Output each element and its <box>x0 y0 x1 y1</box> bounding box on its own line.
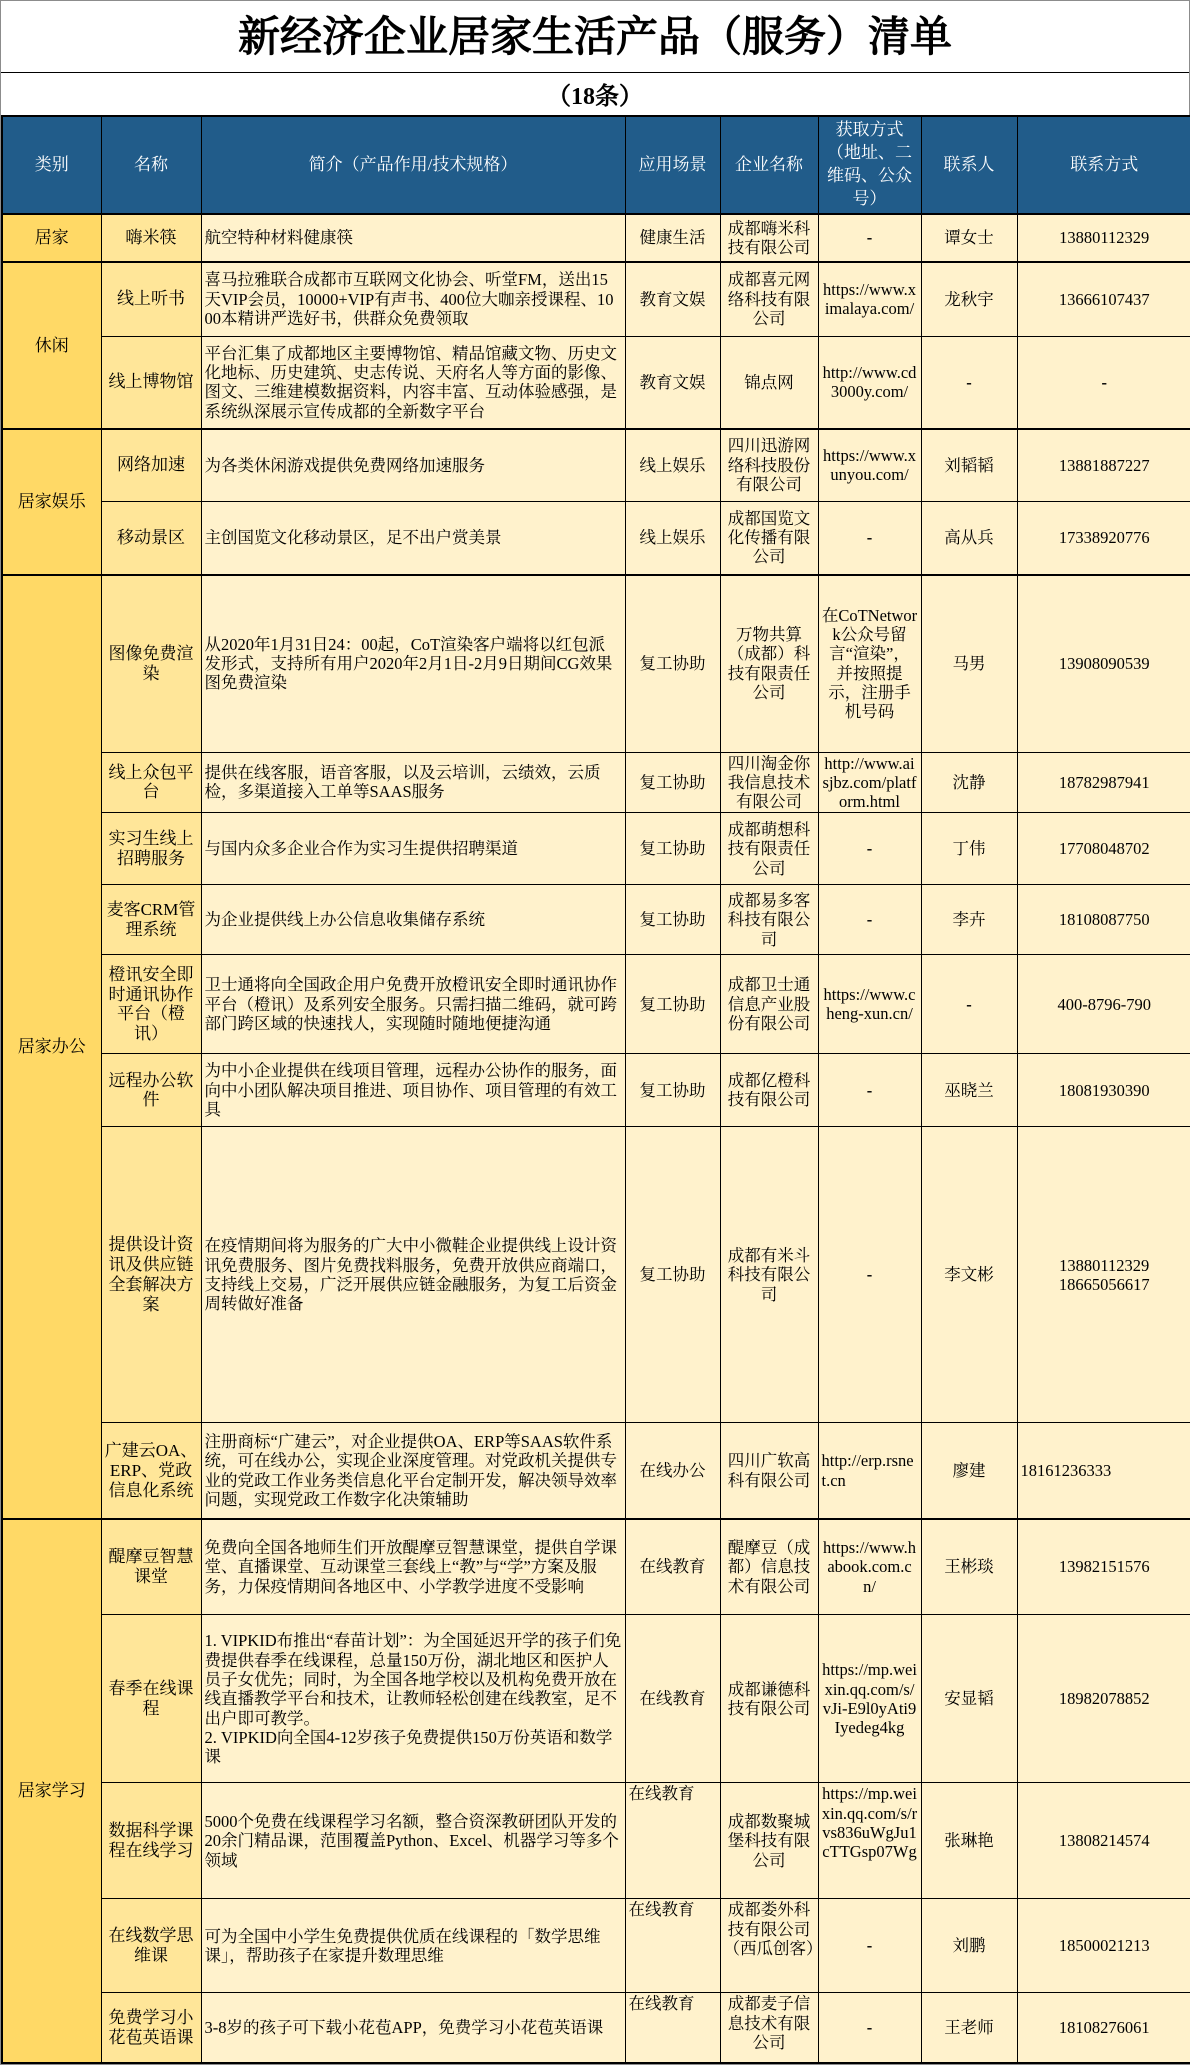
product-name-cell: 橙讯安全即时通讯协作平台（橙讯） <box>101 955 201 1054</box>
phone-cell: 13908090539 <box>1017 575 1190 752</box>
table-header: 类别 名称 简介（产品作用/技术规格） 应用场景 企业名称 获取方式（地址、二维… <box>2 116 1190 214</box>
obtain-method-cell: https://mp.weixin.qq.com/s/rvs836uWgJu1c… <box>818 1783 921 1899</box>
table-row: 休闲线上听书喜马拉雅联合成都市互联网文化协会、听堂FM，送出15天VIP会员，1… <box>2 262 1190 336</box>
contact-person-cell: 刘韬韬 <box>921 429 1017 501</box>
phone-cell: 400-8796-790 <box>1017 955 1190 1054</box>
company-cell: 四川迅游网络科技股份有限公司 <box>720 429 818 501</box>
phone-cell: 13880112329 18665056617 <box>1017 1127 1190 1423</box>
obtain-method-cell: - <box>818 1899 921 1993</box>
scene-cell: 教育文娱 <box>625 262 720 336</box>
contact-person-cell: 刘鹏 <box>921 1899 1017 1993</box>
description-cell: 平台汇集了成都地区主要博物馆、精品馆藏文物、历史文化地标、历史建筑、史志传说、天… <box>201 336 625 429</box>
obtain-method-cell: https://www.xunyou.com/ <box>818 429 921 501</box>
obtain-method-cell: http://erp.rsnet.cn <box>818 1423 921 1519</box>
contact-person-cell: 王老师 <box>921 1993 1017 2063</box>
company-cell: 成都娄外科技有限公司（西瓜创客） <box>720 1899 818 1993</box>
description-cell: 在疫情期间将为服务的广大中小微鞋企业提供线上设计资讯免费服务、图片免费找料服务，… <box>201 1127 625 1423</box>
description-cell: 5000个免费在线课程学习名额，整合资深教研团队开发的20余门精品课，范围覆盖P… <box>201 1783 625 1899</box>
products-table: 类别 名称 简介（产品作用/技术规格） 应用场景 企业名称 获取方式（地址、二维… <box>1 115 1190 2064</box>
description-cell: 为中小企业提供在线项目管理，远程办公协作的服务，面向中小团队解决项目推进、项目协… <box>201 1054 625 1127</box>
company-cell: 成都有米斗科技有限公司 <box>720 1127 818 1423</box>
contact-person-cell: 廖建 <box>921 1423 1017 1519</box>
obtain-method-cell: - <box>818 1127 921 1423</box>
table-row: 免费学习小花苞英语课3-8岁的孩子可下载小花苞APP，免费学习小花苞英语课在线教… <box>2 1993 1190 2063</box>
obtain-method-cell: 在CoTNetwork公众号留言“渲染”，并按照提示，注册手机号码 <box>818 575 921 752</box>
scene-cell: 复工协助 <box>625 885 720 955</box>
description-cell: 主创国览文化移动景区，足不出户赏美景 <box>201 501 625 575</box>
company-cell: 成都易多客科技有限公司 <box>720 885 818 955</box>
column-header-description: 简介（产品作用/技术规格） <box>201 116 625 214</box>
product-name-cell: 线上众包平台 <box>101 752 201 813</box>
company-cell: 成都喜元网络科技有限公司 <box>720 262 818 336</box>
contact-person-cell: 沈静 <box>921 752 1017 813</box>
column-header-obtain: 获取方式（地址、二维码、公众号） <box>818 116 921 214</box>
scene-cell: 复工协助 <box>625 955 720 1054</box>
product-name-cell: 线上博物馆 <box>101 336 201 429</box>
scene-cell: 在线办公 <box>625 1423 720 1519</box>
obtain-method-cell: https://www.ximalaya.com/ <box>818 262 921 336</box>
phone-cell: 13881887227 <box>1017 429 1190 501</box>
contact-person-cell: 谭女士 <box>921 214 1017 262</box>
category-cell: 休闲 <box>2 262 101 429</box>
scene-cell: 在线教育 <box>625 1899 720 1993</box>
scene-cell: 复工协助 <box>625 1127 720 1423</box>
company-cell: 成都谦德科技有限公司 <box>720 1615 818 1783</box>
header-row: 类别 名称 简介（产品作用/技术规格） 应用场景 企业名称 获取方式（地址、二维… <box>2 116 1190 214</box>
company-cell: 成都数聚城堡科技有限公司 <box>720 1783 818 1899</box>
obtain-method-cell: - <box>818 813 921 885</box>
product-name-cell: 图像免费渲染 <box>101 575 201 752</box>
product-name-cell: 远程办公软件 <box>101 1054 201 1127</box>
company-cell: 四川淘金你我信息技术有限公司 <box>720 752 818 813</box>
category-cell: 居家 <box>2 214 101 262</box>
company-cell: 成都国览文化传播有限公司 <box>720 501 818 575</box>
table-row: 居家学习醍摩豆智慧课堂免费向全国各地师生们开放醍摩豆智慧课堂，提供自学课堂、直播… <box>2 1519 1190 1615</box>
phone-cell: 13982151576 <box>1017 1519 1190 1615</box>
table-row: 麦客CRM管理系统为企业提供线上办公信息收集储存系统复工协助成都易多客科技有限公… <box>2 885 1190 955</box>
company-cell: 成都麦子信息技术有限公司 <box>720 1993 818 2063</box>
table-row: 数据科学课程在线学习5000个免费在线课程学习名额，整合资深教研团队开发的20余… <box>2 1783 1190 1899</box>
obtain-method-cell: https://www.habook.com.cn/ <box>818 1519 921 1615</box>
table-row: 远程办公软件为中小企业提供在线项目管理，远程办公协作的服务，面向中小团队解决项目… <box>2 1054 1190 1127</box>
page-title: 新经济企业居家生活产品（服务）清单 <box>1 1 1189 73</box>
contact-person-cell: 巫晓兰 <box>921 1054 1017 1127</box>
contact-person-cell: 李文彬 <box>921 1127 1017 1423</box>
scene-cell: 复工协助 <box>625 1054 720 1127</box>
description-cell: 可为全国中小学生免费提供优质在线课程的「数学思维课」，帮助孩子在家提升数理思维 <box>201 1899 625 1993</box>
product-name-cell: 线上听书 <box>101 262 201 336</box>
description-cell: 1. VIPKID布推出“春苗计划”：为全国延迟开学的孩子们免费提供春季在线课程… <box>201 1615 625 1783</box>
table-row: 广建云OA、ERP、党政信息化系统注册商标“广建云”，对企业提供OA、ERP等S… <box>2 1423 1190 1519</box>
phone-cell: 18081930390 <box>1017 1054 1190 1127</box>
company-cell: 成都亿橙科技有限公司 <box>720 1054 818 1127</box>
product-name-cell: 麦客CRM管理系统 <box>101 885 201 955</box>
obtain-method-cell: https://www.cheng-xun.cn/ <box>818 955 921 1054</box>
phone-cell: 17338920776 <box>1017 501 1190 575</box>
category-cell: 居家娱乐 <box>2 429 101 575</box>
table-row: 实习生线上招聘服务与国内众多企业合作为实习生提供招聘渠道复工协助成都萌想科技有限… <box>2 813 1190 885</box>
contact-person-cell: 张琳艳 <box>921 1783 1017 1899</box>
column-header-company: 企业名称 <box>720 116 818 214</box>
contact-person-cell: 马男 <box>921 575 1017 752</box>
description-cell: 卫士通将向全国政企用户免费开放橙讯安全即时通讯协作平台（橙讯）及系列安全服务。只… <box>201 955 625 1054</box>
product-name-cell: 在线数学思维课 <box>101 1899 201 1993</box>
product-name-cell: 数据科学课程在线学习 <box>101 1783 201 1899</box>
page-subtitle: （18条） <box>1 73 1189 115</box>
table-body: 居家嗨米筷航空特种材料健康筷健康生活成都嗨米科技有限公司-谭女士13880112… <box>2 214 1190 2063</box>
scene-cell: 在线教育 <box>625 1993 720 2063</box>
company-cell: 成都卫士通信息产业股份有限公司 <box>720 955 818 1054</box>
contact-person-cell: 高从兵 <box>921 501 1017 575</box>
obtain-method-cell: - <box>818 1054 921 1127</box>
scene-cell: 线上娱乐 <box>625 501 720 575</box>
phone-cell: 13880112329 <box>1017 214 1190 262</box>
phone-cell: 18108087750 <box>1017 885 1190 955</box>
description-cell: 注册商标“广建云”，对企业提供OA、ERP等SAAS软件系统，可在线办公，实现企… <box>201 1423 625 1519</box>
scene-cell: 在线教育 <box>625 1783 720 1899</box>
product-name-cell: 免费学习小花苞英语课 <box>101 1993 201 2063</box>
contact-person-cell: - <box>921 955 1017 1054</box>
product-name-cell: 提供设计资讯及供应链全套解决方案 <box>101 1127 201 1423</box>
scene-cell: 线上娱乐 <box>625 429 720 501</box>
company-cell: 锦点网 <box>720 336 818 429</box>
scene-cell: 教育文娱 <box>625 336 720 429</box>
description-cell: 免费向全国各地师生们开放醍摩豆智慧课堂，提供自学课堂、直播课堂、互动课堂三套线上… <box>201 1519 625 1615</box>
contact-person-cell: 丁伟 <box>921 813 1017 885</box>
table-row: 春季在线课程1. VIPKID布推出“春苗计划”：为全国延迟开学的孩子们免费提供… <box>2 1615 1190 1783</box>
category-cell: 居家学习 <box>2 1519 101 2063</box>
description-cell: 喜马拉雅联合成都市互联网文化协会、听堂FM，送出15天VIP会员，10000+V… <box>201 262 625 336</box>
column-header-scene: 应用场景 <box>625 116 720 214</box>
table-row: 线上博物馆平台汇集了成都地区主要博物馆、精品馆藏文物、历史文化地标、历史建筑、史… <box>2 336 1190 429</box>
description-cell: 提供在线客服，语音客服，以及云培训，云绩效，云质检，多渠道接入工单等SAAS服务 <box>201 752 625 813</box>
phone-cell: 18161236333 <box>1017 1423 1190 1519</box>
obtain-method-cell: - <box>818 214 921 262</box>
table-row: 线上众包平台提供在线客服，语音客服，以及云培训，云绩效，云质检，多渠道接入工单等… <box>2 752 1190 813</box>
contact-person-cell: 安显韬 <box>921 1615 1017 1783</box>
product-name-cell: 网络加速 <box>101 429 201 501</box>
contact-person-cell: 李卉 <box>921 885 1017 955</box>
column-header-name: 名称 <box>101 116 201 214</box>
phone-cell: 18108276061 <box>1017 1993 1190 2063</box>
description-cell: 为各类休闲游戏提供免费网络加速服务 <box>201 429 625 501</box>
table-row: 居家娱乐网络加速为各类休闲游戏提供免费网络加速服务线上娱乐四川迅游网络科技股份有… <box>2 429 1190 501</box>
table-row: 居家办公图像免费渲染从2020年1月31日24：00起，CoT渲染客户端将以红包… <box>2 575 1190 752</box>
document-page: 新经济企业居家生活产品（服务）清单 （18条） 类别 名称 简介（产品作用/技术… <box>0 0 1190 2065</box>
company-cell: 四川广软高科有限公司 <box>720 1423 818 1519</box>
phone-cell: 13808214574 <box>1017 1783 1190 1899</box>
phone-cell: 18500021213 <box>1017 1899 1190 1993</box>
product-name-cell: 实习生线上招聘服务 <box>101 813 201 885</box>
description-cell: 3-8岁的孩子可下载小花苞APP，免费学习小花苞英语课 <box>201 1993 625 2063</box>
column-header-contact: 联系人 <box>921 116 1017 214</box>
column-header-phone: 联系方式 <box>1017 116 1190 214</box>
description-cell: 从2020年1月31日24：00起，CoT渲染客户端将以红包派发形式，支持所有用… <box>201 575 625 752</box>
phone-cell: 18982078852 <box>1017 1615 1190 1783</box>
company-cell: 醍摩豆（成都）信息技术有限公司 <box>720 1519 818 1615</box>
table-row: 提供设计资讯及供应链全套解决方案在疫情期间将为服务的广大中小微鞋企业提供线上设计… <box>2 1127 1190 1423</box>
table-row: 居家嗨米筷航空特种材料健康筷健康生活成都嗨米科技有限公司-谭女士13880112… <box>2 214 1190 262</box>
obtain-method-cell: - <box>818 1993 921 2063</box>
obtain-method-cell: http://www.cd3000y.com/ <box>818 336 921 429</box>
scene-cell: 复工协助 <box>625 752 720 813</box>
scene-cell: 复工协助 <box>625 575 720 752</box>
table-row: 橙讯安全即时通讯协作平台（橙讯）卫士通将向全国政企用户免费开放橙讯安全即时通讯协… <box>2 955 1190 1054</box>
obtain-method-cell: https://mp.weixin.qq.com/s/vJi-E9l0yAti9… <box>818 1615 921 1783</box>
obtain-method-cell: - <box>818 501 921 575</box>
contact-person-cell: 王彬琰 <box>921 1519 1017 1615</box>
product-name-cell: 广建云OA、ERP、党政信息化系统 <box>101 1423 201 1519</box>
scene-cell: 在线教育 <box>625 1519 720 1615</box>
table-row: 在线数学思维课可为全国中小学生免费提供优质在线课程的「数学思维课」，帮助孩子在家… <box>2 1899 1190 1993</box>
obtain-method-cell: http://www.aisjbz.com/platform.html <box>818 752 921 813</box>
contact-person-cell: - <box>921 336 1017 429</box>
product-name-cell: 移动景区 <box>101 501 201 575</box>
scene-cell: 复工协助 <box>625 813 720 885</box>
product-name-cell: 醍摩豆智慧课堂 <box>101 1519 201 1615</box>
table-row: 移动景区主创国览文化移动景区，足不出户赏美景线上娱乐成都国览文化传播有限公司-高… <box>2 501 1190 575</box>
description-cell: 为企业提供线上办公信息收集储存系统 <box>201 885 625 955</box>
phone-cell: 13666107437 <box>1017 262 1190 336</box>
product-name-cell: 春季在线课程 <box>101 1615 201 1783</box>
phone-cell: 17708048702 <box>1017 813 1190 885</box>
company-cell: 成都萌想科技有限责任公司 <box>720 813 818 885</box>
scene-cell: 在线教育 <box>625 1615 720 1783</box>
contact-person-cell: 龙秋宇 <box>921 262 1017 336</box>
phone-cell: 18782987941 <box>1017 752 1190 813</box>
scene-cell: 健康生活 <box>625 214 720 262</box>
description-cell: 与国内众多企业合作为实习生提供招聘渠道 <box>201 813 625 885</box>
product-name-cell: 嗨米筷 <box>101 214 201 262</box>
phone-cell: - <box>1017 336 1190 429</box>
description-cell: 航空特种材料健康筷 <box>201 214 625 262</box>
category-cell: 居家办公 <box>2 575 101 1519</box>
obtain-method-cell: - <box>818 885 921 955</box>
company-cell: 万物共算（成都）科技有限责任公司 <box>720 575 818 752</box>
column-header-category: 类别 <box>2 116 101 214</box>
company-cell: 成都嗨米科技有限公司 <box>720 214 818 262</box>
